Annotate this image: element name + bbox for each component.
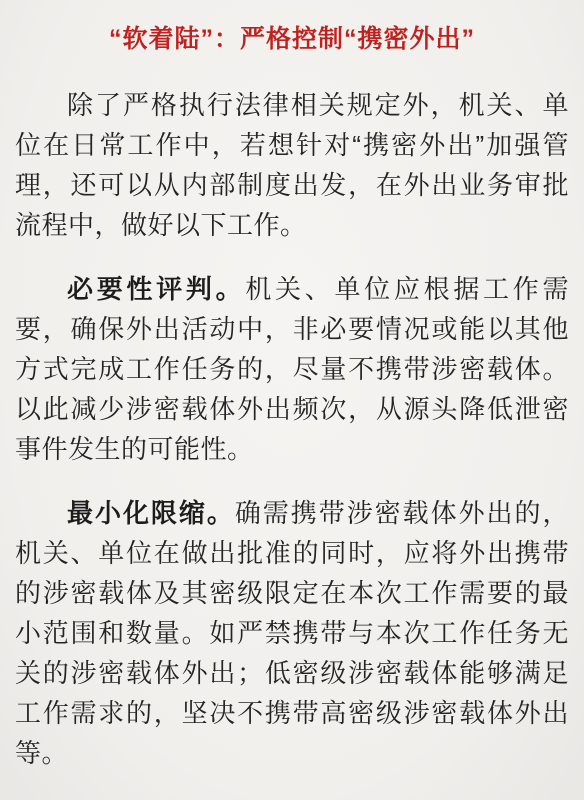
- paragraph-lead: 最小化限缩。: [67, 498, 235, 528]
- paragraph-minimization: 最小化限缩。确需携带涉密载体外出的，机关、单位在做出批准的同时，应将外出携带的涉…: [15, 493, 569, 773]
- article-title: “软着陆”：严格控制“携密外出”: [0, 0, 584, 55]
- paragraph-intro: 除了严格执行法律相关规定外，机关、单位在日常工作中，若想针对“携密外出”加强管理…: [15, 85, 569, 245]
- document-page: “软着陆”：严格控制“携密外出” 除了严格执行法律相关规定外，机关、单位在日常工…: [0, 0, 584, 800]
- paragraph-text: 确需携带涉密载体外出的，机关、单位在做出批准的同时，应将外出携带的涉密载体及其密…: [15, 498, 569, 768]
- paragraph-necessity: 必要性评判。机关、单位应根据工作需要，确保外出活动中，非必要情况或能以其他方式完…: [15, 269, 569, 469]
- paragraph-text: 除了严格执行法律相关规定外，机关、单位在日常工作中，若想针对“携密外出”加强管理…: [15, 90, 569, 240]
- paragraph-lead: 必要性评判。: [67, 274, 245, 304]
- article-body: 除了严格执行法律相关规定外，机关、单位在日常工作中，若想针对“携密外出”加强管理…: [0, 55, 584, 773]
